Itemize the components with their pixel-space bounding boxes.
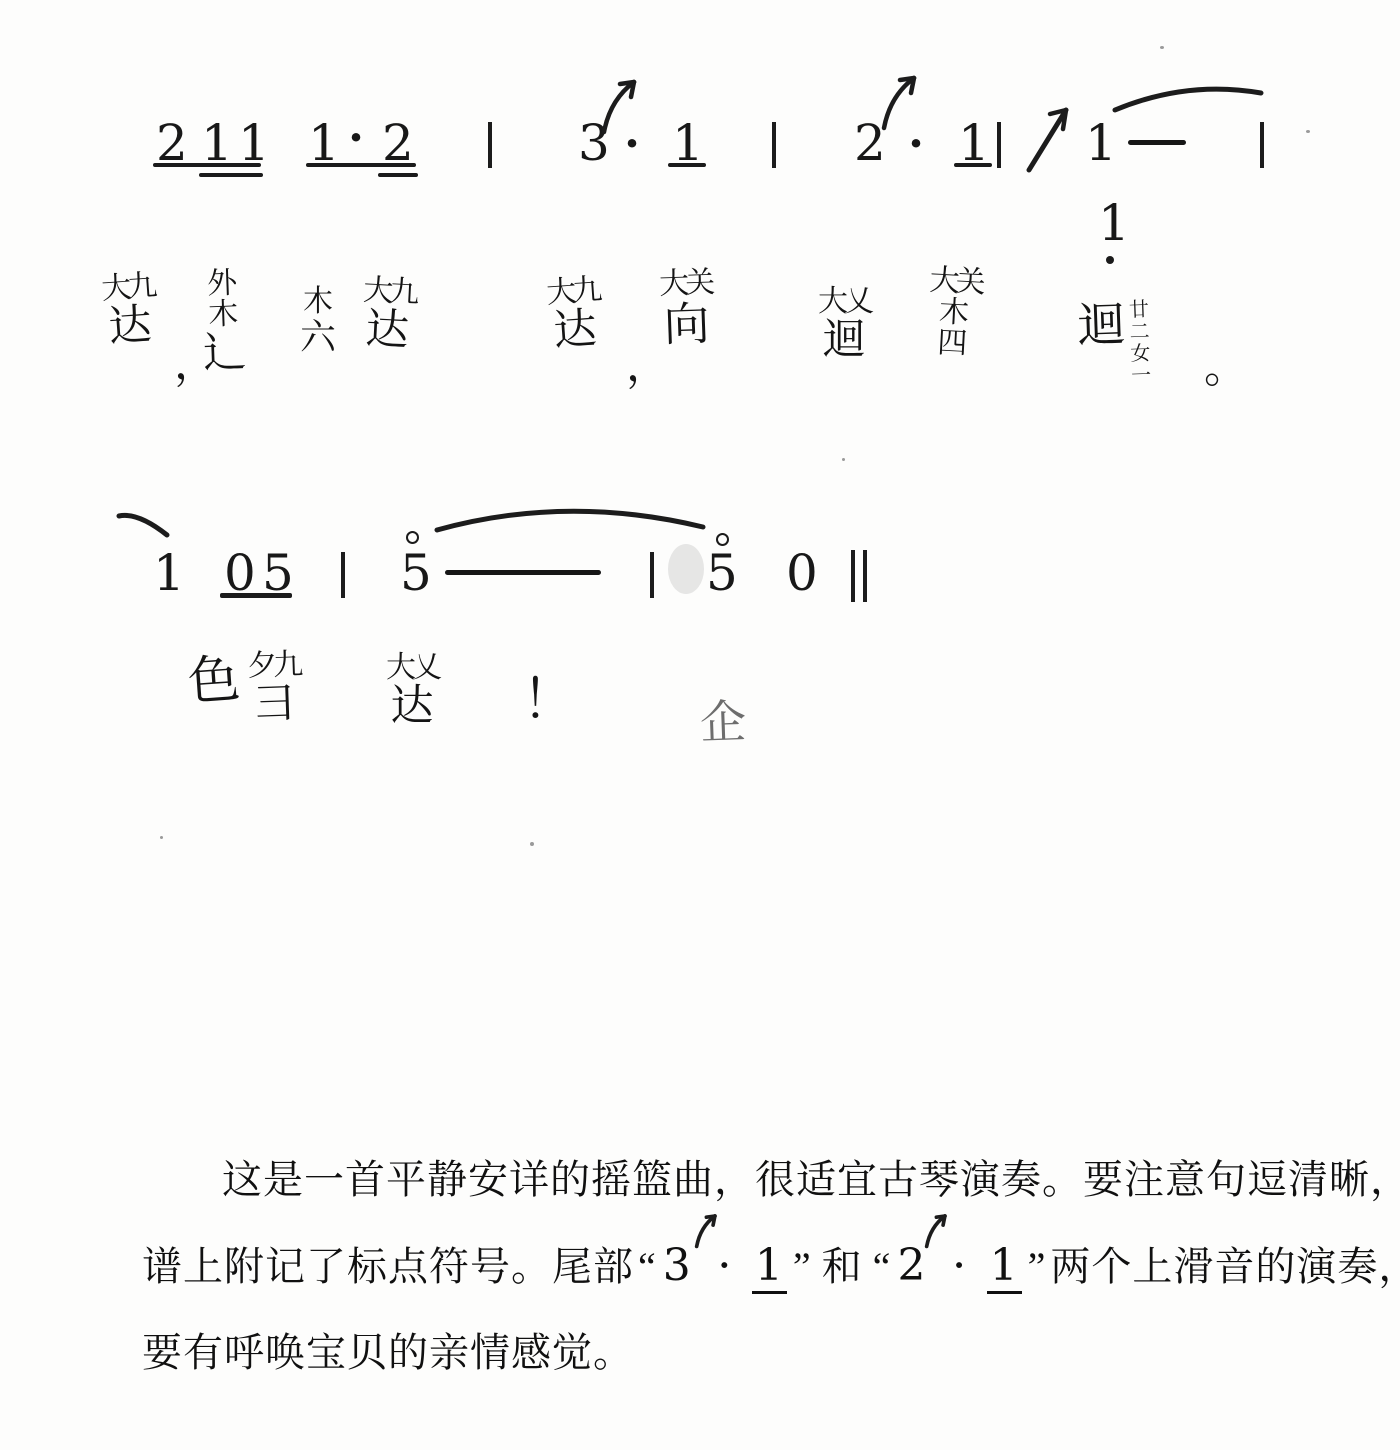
tablature-glyph: 大九 达 — [360, 275, 416, 355]
inline-notation: 3 · 1 — [663, 1243, 787, 1292]
jianpu-note-underlined: 1 — [987, 1240, 1022, 1294]
tablature-glyph: 大关 木 四 — [926, 265, 983, 361]
jianpu-note: 1 — [958, 118, 990, 168]
jianpu-note: 1 — [153, 548, 185, 598]
quote-close: ” — [793, 1244, 812, 1290]
jianpu-note-low-octave: 1 — [1098, 198, 1130, 248]
harmonic-circle — [406, 531, 419, 544]
tie-slur — [434, 500, 706, 532]
tie-slur — [1112, 84, 1264, 112]
tablature-glyph: 大乂 达 — [386, 652, 438, 729]
tablature-glyph: 夕九 彐 — [247, 649, 302, 728]
jianpu-note: 2 — [382, 118, 414, 168]
final-barline — [863, 550, 867, 602]
tablature-harmonic-begin-glyph: 色 — [186, 652, 242, 709]
tablature-exclamation: ！ — [522, 678, 576, 722]
eighth-beam — [954, 163, 992, 167]
jianpu-note: 5 — [262, 548, 294, 598]
barline — [997, 122, 1001, 168]
tie-lead-in-arc — [116, 510, 170, 538]
jianpu-rest: 0 — [224, 548, 256, 598]
tablature-glyph: 木 六 — [300, 286, 336, 357]
scan-speck — [160, 836, 163, 839]
jianpu-note: 1 — [308, 118, 340, 168]
sixteenth-beam — [199, 173, 263, 177]
dotted-rhythm-dot: · — [719, 1246, 731, 1284]
jianpu-note-underlined: 1 — [752, 1240, 787, 1294]
dotted-rhythm-dot: · — [908, 118, 924, 168]
barline — [772, 122, 776, 168]
barline — [341, 552, 345, 598]
tablature-glyph: 大九 达 — [545, 274, 602, 354]
final-barline — [851, 550, 855, 602]
barline — [650, 552, 654, 598]
quote-close: ” — [1028, 1244, 1047, 1290]
tablature-glyph: 大关 向 — [659, 267, 714, 350]
tablature-glyph: 大九 达 — [100, 270, 157, 350]
tablature-comma: ， — [626, 344, 670, 388]
slide-up-arrow-icon — [693, 1211, 721, 1249]
tablature-glyph: 迴 廿 二 女 一 — [1076, 299, 1151, 389]
jianpu-note: 5 — [706, 548, 738, 598]
paragraph-line: 谱上附记了标点符号。尾部 “ 3 · 1 ” 和 “ 2 · 1 ” 两个上滑音… — [142, 1243, 1400, 1292]
eighth-beam — [153, 163, 261, 167]
barline — [1260, 122, 1264, 168]
scanned-score-page: 2 1 1 1 · 2 3 · 1 2 · 1 1 1 大九 达 ， 外 木 — [0, 0, 1400, 1450]
jianpu-note: 1 — [672, 118, 704, 168]
jianpu-note: 3 — [663, 1240, 692, 1291]
duration-dash — [445, 570, 601, 575]
scan-speck — [842, 458, 845, 461]
dotted-rhythm-dot: · — [348, 112, 364, 162]
barline — [488, 122, 492, 168]
scan-smudge — [668, 544, 704, 594]
jianpu-note: 5 — [400, 548, 432, 598]
jianpu-note: 2 — [897, 1240, 926, 1291]
dotted-rhythm-dot: · — [624, 118, 640, 168]
paragraph-text: 两个上滑音的演奏， — [1050, 1244, 1400, 1290]
tablature-period: 。 — [1204, 346, 1248, 390]
big-slide-up-arrow-icon — [1022, 98, 1076, 174]
quote-open: “ — [873, 1244, 892, 1290]
slide-up-arrow-icon — [923, 1211, 951, 1249]
scan-speck — [1160, 46, 1164, 49]
jianpu-note: 1 — [201, 118, 233, 168]
jianpu-note: 1 — [238, 118, 270, 168]
low-octave-dot — [1106, 256, 1114, 264]
paragraph-text: 和 — [822, 1244, 863, 1290]
scan-speck — [530, 842, 534, 846]
scan-speck — [1306, 130, 1310, 133]
tablature-harmonic-end-glyph: 企 — [699, 697, 747, 747]
duration-dash — [1128, 140, 1186, 145]
dotted-rhythm-dot: · — [953, 1246, 965, 1284]
paragraph-line: 要有呼唤宝贝的亲情感觉。 — [142, 1330, 634, 1376]
tablature-glyph: 外 木 辶 — [200, 267, 247, 376]
inline-notation: 2 · 1 — [897, 1243, 1021, 1292]
tablature-glyph: 大乂 迴 — [818, 286, 870, 363]
jianpu-note: 2 — [156, 118, 188, 168]
eighth-beam — [220, 593, 292, 598]
paragraph-text: 谱上附记了标点符号。尾部 — [142, 1244, 634, 1290]
paragraph-line: 这是一首平静安详的摇篮曲，很适宜古琴演奏。要注意句逗清晰， — [142, 1157, 1400, 1203]
eighth-beam — [668, 163, 706, 167]
jianpu-note: 1 — [1085, 118, 1117, 168]
tablature-side-stack: 廿 二 女 一 — [1128, 299, 1151, 388]
jianpu-rest: 0 — [786, 548, 818, 598]
quote-open: “ — [638, 1244, 657, 1290]
eighth-beam — [306, 163, 416, 167]
sixteenth-beam — [378, 173, 418, 177]
